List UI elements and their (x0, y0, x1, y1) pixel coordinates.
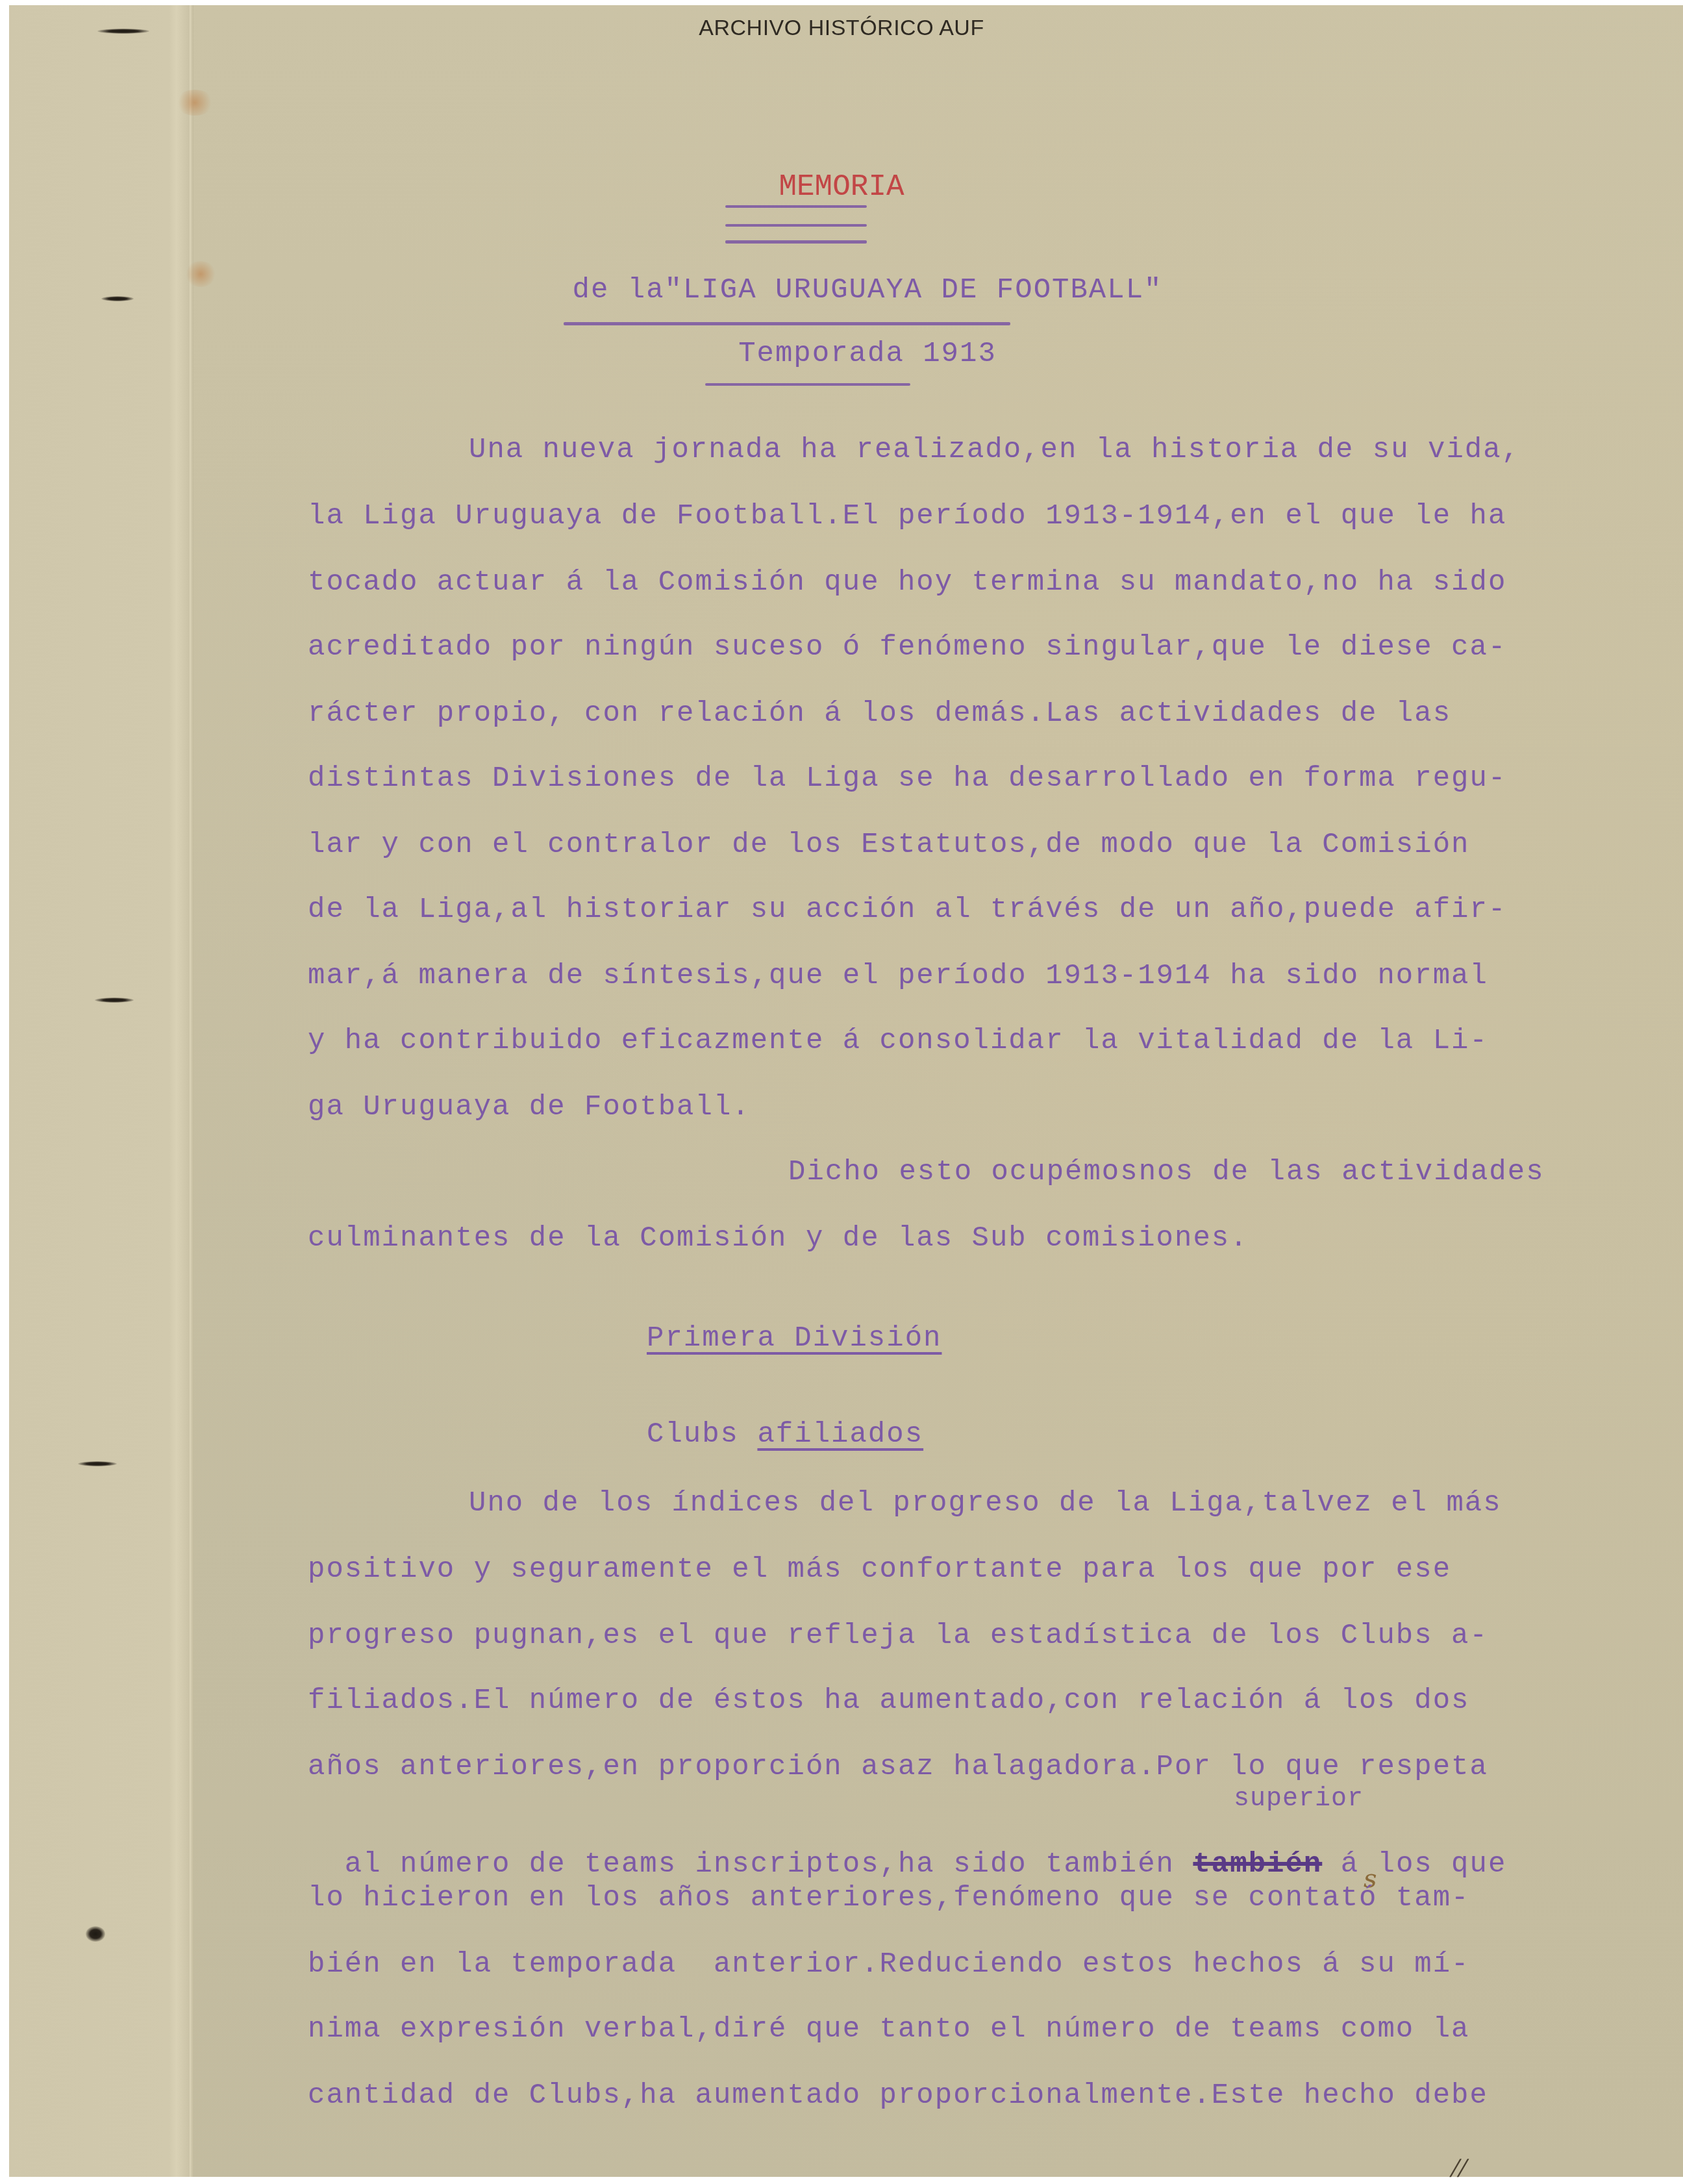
paragraph-line: mar,á manera de síntesis,que el período … (308, 960, 1488, 992)
title-underline (725, 224, 867, 227)
title-memoria: MEMORIA (0, 170, 1683, 204)
paper-stain (175, 90, 214, 116)
paragraph-line: tocado actuar á la Comisión que hoy term… (308, 566, 1506, 599)
binding-fold-line (190, 5, 193, 2177)
memoria-title: MEMORIA (779, 170, 904, 204)
subheading-part: Clubs (647, 1418, 757, 1451)
archive-header: ARCHIVO HISTÓRICO AUF (0, 16, 1683, 41)
paragraph-line: nima expresión verbal,diré que tanto el … (308, 2013, 1469, 2046)
interlinear-insertion: superior (1234, 1785, 1364, 1814)
title-season: Temporada 1913 (0, 338, 1683, 370)
paragraph-line: progreso pugnan,es el que refleja la est… (308, 1620, 1488, 1652)
paragraph-line: lo hicieron en los años anteriores,fenóm… (308, 1882, 1469, 1914)
binding-hole-icon (95, 998, 134, 1003)
organization-name: de la"LIGA URUGUAYA DE FOOTBALL" (573, 274, 1163, 307)
paragraph-line: positivo y seguramente el más confortant… (308, 1553, 1451, 1586)
line-text: á los que (1322, 1848, 1506, 1881)
paragraph-line: la Liga Uruguaya de Football.El período … (308, 500, 1506, 533)
line-text: al número de teams inscriptos,ha sido ta… (345, 1848, 1193, 1881)
struck-word: también (1193, 1848, 1322, 1881)
paragraph-line-with-strike: al número de teams inscriptos,ha sido ta… (308, 1816, 1506, 1881)
title-organization: de la"LIGA URUGUAYA DE FOOTBALL" (0, 274, 1683, 307)
paragraph-line: distintas Divisiones de la Liga se ha de… (308, 762, 1506, 795)
binding-cross-hole-icon (86, 1926, 105, 1942)
paragraph-line: y ha contribuido eficazmente á consolida… (308, 1025, 1488, 1057)
season-underline (705, 383, 910, 386)
paragraph-line: Dicho esto ocupémosnos de las actividade… (788, 1156, 1545, 1188)
title-underline (725, 205, 867, 208)
paragraph-line: años anteriores,en proporción asaz halag… (308, 1751, 1488, 1783)
paragraph-line: de la Liga,al historiar su acción al trá… (308, 894, 1506, 926)
paragraph-line: bién en la temporada anterior.Reduciendo… (308, 1948, 1469, 1981)
subheading-underlined: afiliados (757, 1418, 923, 1451)
paragraph-line: culminantes de la Comisión y de las Sub … (308, 1222, 1249, 1255)
paragraph-line: lar y con el contralor de los Estatutos,… (308, 829, 1469, 861)
paragraph-line: acreditado por ningún suceso ó fenómeno … (308, 631, 1506, 664)
binding-hole-icon (78, 1461, 117, 1466)
organization-underline (564, 322, 1010, 325)
title-underline (725, 240, 867, 244)
season-label: Temporada 1913 (738, 338, 997, 370)
paragraph-line: filiados.El número de éstos ha aumentado… (308, 1685, 1469, 1717)
paragraph-line: ga Uruguaya de Football. (308, 1091, 751, 1123)
paragraph-line: Uno de los índices del progreso de la Li… (469, 1487, 1502, 1520)
section-heading: Primera División (647, 1322, 941, 1355)
subsection-heading: Clubs afiliados (647, 1418, 923, 1451)
paragraph-line: Una nueva jornada ha realizado,en la his… (469, 434, 1520, 466)
paragraph-line: cantidad de Clubs,ha aumentado proporcio… (308, 2079, 1488, 2112)
paragraph-line: rácter propio, con relación á los demás.… (308, 697, 1451, 730)
binding-margin (9, 5, 191, 2177)
